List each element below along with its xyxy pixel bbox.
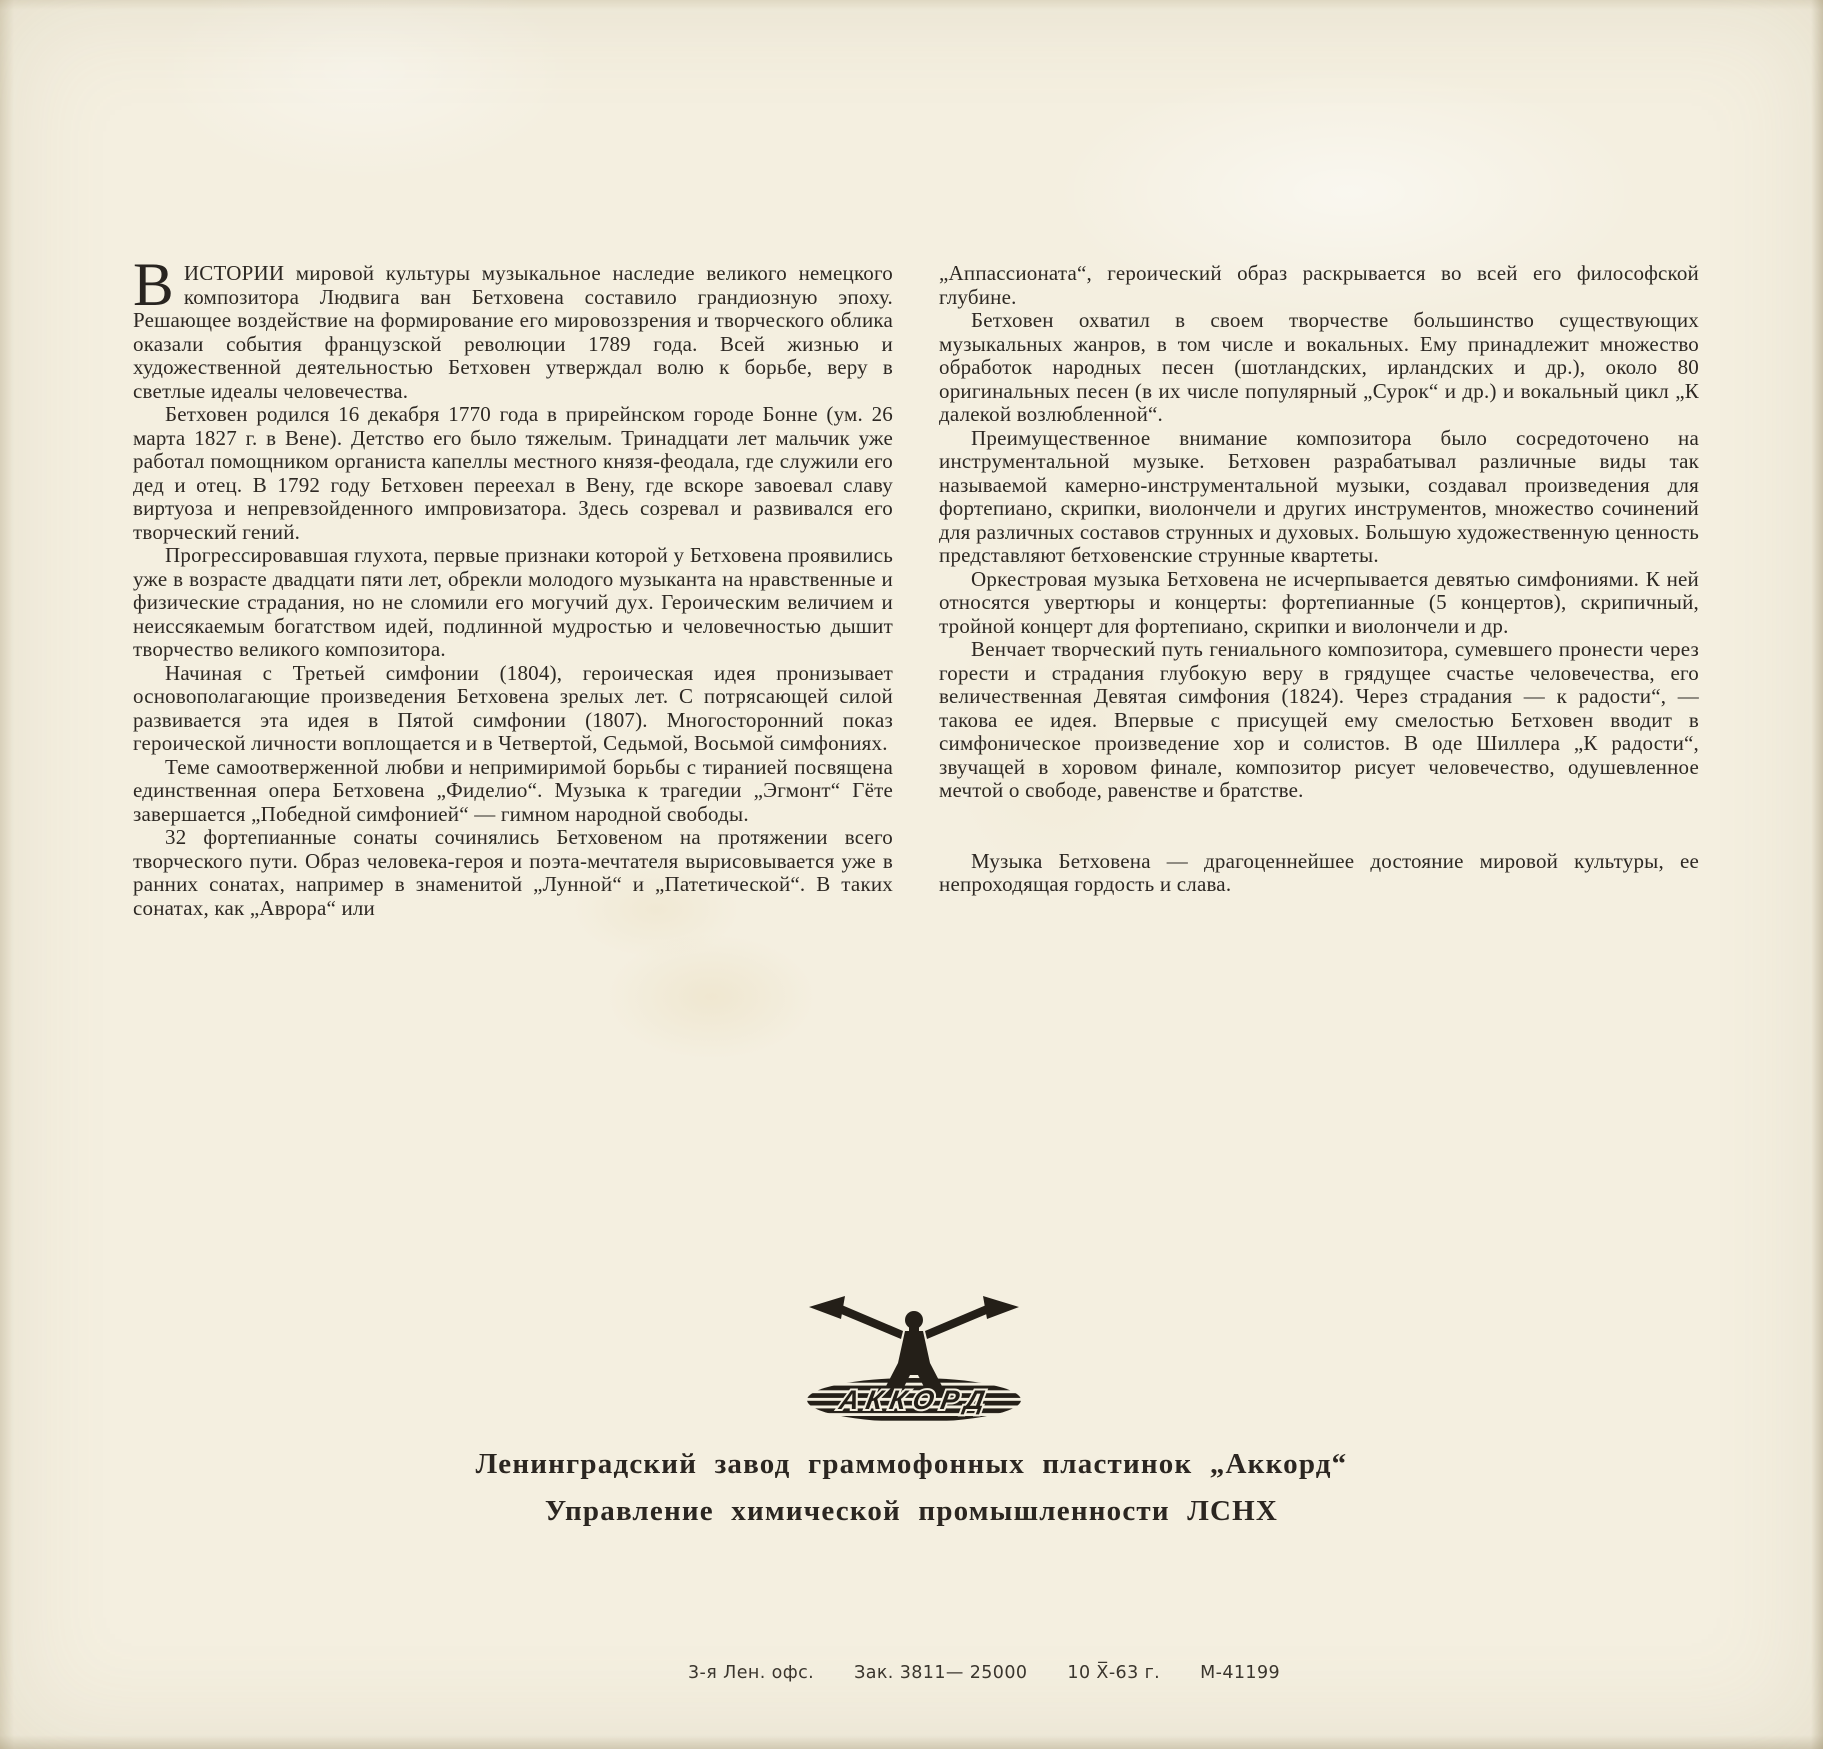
- paragraph: Бетховен родился 16 декабря 1770 года в …: [133, 403, 893, 544]
- imprint-code: М-41199: [1200, 1663, 1280, 1683]
- logo-wordmark: АККОРД: [836, 1384, 994, 1415]
- imprint-date: 10 X̅-63 г.: [1067, 1663, 1160, 1683]
- paragraph: ВИСТОРИИ мировой культуры музыкальное на…: [133, 262, 893, 403]
- closing-paragraph: Музыка Бетховена — драгоценнейшее достоя…: [939, 850, 1699, 897]
- print-imprint: 3-я Лен. офс. Зак. 3811— 25000 10 X̅-63 …: [688, 1663, 1280, 1683]
- paragraph: Оркестровая музыка Бетховена не исчерпыв…: [939, 568, 1699, 639]
- record-sleeve-back: ВИСТОРИИ мировой культуры музыкальное на…: [0, 0, 1823, 1749]
- paragraph: Бетховен охватил в своем творчестве боль…: [939, 309, 1699, 427]
- paragraph: Венчает творческий путь гениального комп…: [939, 638, 1699, 803]
- dropcap: В: [133, 262, 184, 309]
- liner-notes: ВИСТОРИИ мировой культуры музыкальное на…: [133, 262, 1699, 920]
- akkord-logo: АККОРД: [797, 1295, 1032, 1427]
- left-column: ВИСТОРИИ мировой культуры музыкальное на…: [133, 262, 893, 920]
- paragraph-text: ИСТОРИИ мировой культуры музыкальное нас…: [133, 261, 893, 403]
- paragraph: „Аппассионата“, героический образ раскры…: [939, 262, 1699, 309]
- paragraph: Теме самоотверженной любви и непримиримо…: [133, 756, 893, 827]
- paragraph: 32 фортепианные сонаты сочинялись Бетхов…: [133, 826, 893, 920]
- authority-line: Управление химической промышленности ЛСН…: [0, 1495, 1823, 1528]
- right-column: „Аппассионата“, героический образ раскры…: [939, 262, 1699, 920]
- imprint-office: 3-я Лен. офс.: [688, 1663, 814, 1683]
- publisher-line: Ленинградский завод граммофонных пластин…: [0, 1448, 1823, 1481]
- paragraph: Преимущественное внимание композитора бы…: [939, 427, 1699, 568]
- akkord-logo-icon: АККОРД: [797, 1295, 1032, 1427]
- imprint-order: Зак. 3811— 25000: [854, 1663, 1027, 1683]
- paragraph: Прогрессировавшая глухота, первые призна…: [133, 544, 893, 662]
- paragraph: Начиная с Третьей симфонии (1804), герои…: [133, 662, 893, 756]
